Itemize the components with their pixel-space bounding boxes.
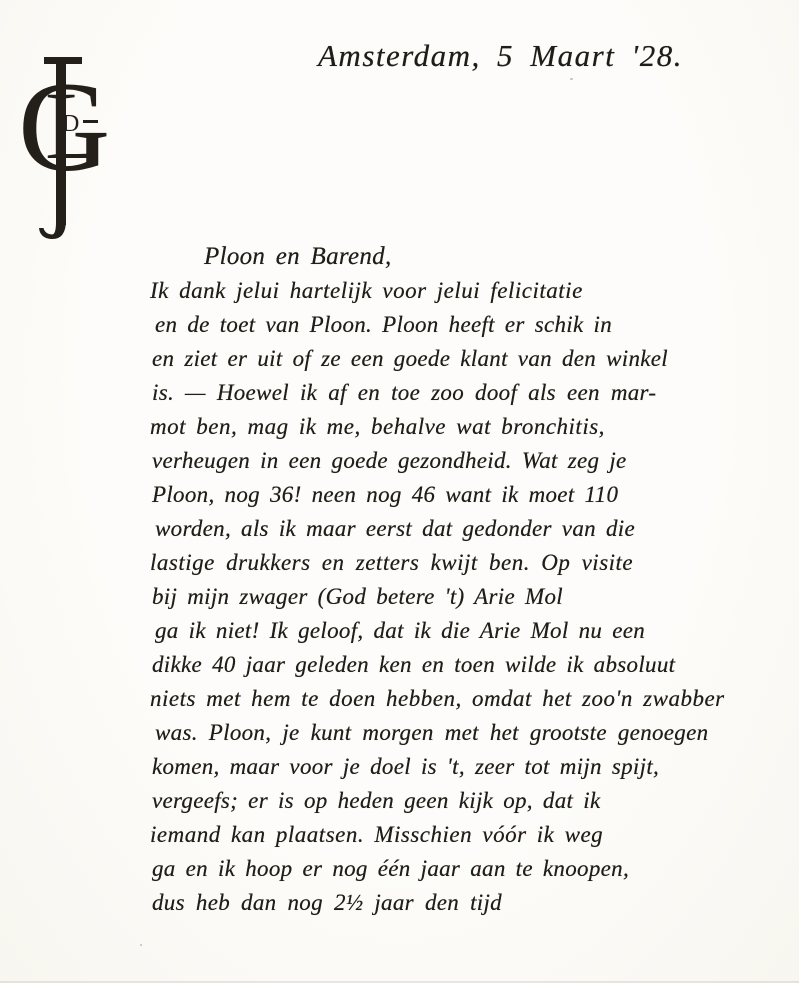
letter-line: ga en ik hoop er nog één jaar aan te kno… <box>152 852 792 886</box>
letter-line: dus heb dan nog 2½ jaar den tijd <box>152 886 792 920</box>
monogram-graphic: G L D <box>12 52 182 252</box>
letter-line: vergeefs; er is op heden geen kijk op, d… <box>152 784 792 818</box>
paper-speck <box>140 944 142 946</box>
letter-line: komen, maar voor je doel is 't, zeer tot… <box>152 750 792 784</box>
salutation-line: Ploon en Barend, <box>204 240 792 274</box>
letter-line: was. Ploon, je kunt morgen met het groot… <box>155 716 792 750</box>
letter-line: worden, als ik maar eerst dat gedonder v… <box>155 512 792 546</box>
letter-line: bij mijn zwager (God betere 't) Arie Mol <box>152 580 792 614</box>
letter-page: G L D Amsterdam, 5 Maart '28. Ploon en B… <box>0 0 799 983</box>
letter-line: ga ik niet! Ik geloof, dat ik die Arie M… <box>155 614 792 648</box>
letter-line: iemand kan plaatsen. Misschien vóór ik w… <box>150 818 792 852</box>
paper-speck <box>570 78 573 80</box>
monogram-d-bar <box>83 120 98 123</box>
monogram-logo: G L D <box>12 52 182 252</box>
letter-line: is. — Hoewel ik af en toe zoo doof als e… <box>152 376 792 410</box>
letter-line: niets met hem te doen hebben, omdat het … <box>150 682 792 716</box>
letter-line: verheugen in een goede gezondheid. Wat z… <box>152 444 792 478</box>
letter-line: lastige drukkers en zetters kwijt ben. O… <box>150 546 792 580</box>
letter-line: Ik dank jelui hartelijk voor jelui felic… <box>150 274 792 308</box>
letter-body: Ploon en Barend,Ik dank jelui hartelijk … <box>152 240 792 920</box>
letter-line: en ziet er uit of ze een goede klant van… <box>152 342 792 376</box>
letter-line: Ploon, nog 36! neen nog 46 want ik moet … <box>152 478 792 512</box>
letter-line: dikke 40 jaar geleden ken en toen wilde … <box>152 648 792 682</box>
letter-line: mot ben, mag ik me, behalve wat bronchit… <box>150 410 792 444</box>
monogram-letter-d: D <box>62 111 79 137</box>
date-line: Amsterdam, 5 Maart '28. <box>318 38 788 74</box>
letter-line: en de toet van Ploon. Ploon heeft er sch… <box>155 308 792 342</box>
